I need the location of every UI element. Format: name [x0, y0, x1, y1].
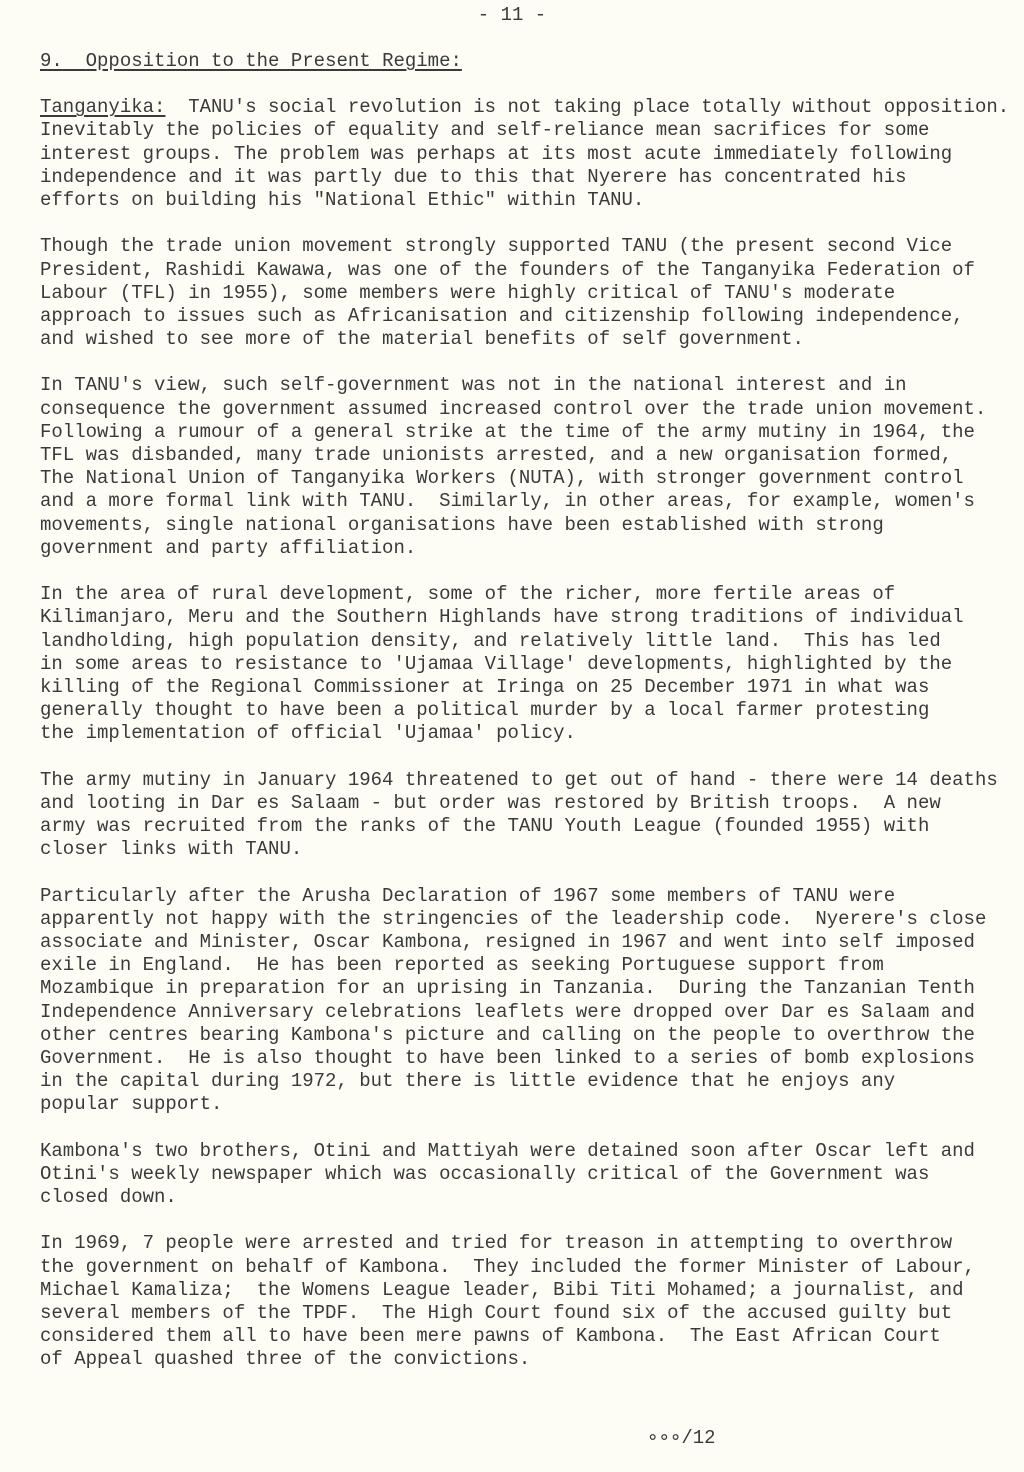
text-line: closed down. — [40, 1186, 1024, 1209]
text-line: several members of the TPDF. The High Co… — [40, 1302, 1024, 1325]
text-line: of Appeal quashed three of the convictio… — [40, 1348, 1024, 1371]
page-number: - 11 - — [0, 4, 1024, 27]
text-line: and wished to see more of the material b… — [40, 328, 1024, 351]
text-line: Inevitably the policies of equality and … — [40, 119, 1024, 142]
paragraph-label: Tanganyika: — [40, 96, 165, 118]
text-line: and a more formal link with TANU. Simila… — [40, 490, 1024, 513]
text-line: killing of the Regional Commissioner at … — [40, 676, 1024, 699]
text-line: army was recruited from the ranks of the… — [40, 815, 1024, 838]
text-line: Michael Kamaliza; the Womens League lead… — [40, 1279, 1024, 1302]
text-line: generally thought to have been a politic… — [40, 699, 1024, 722]
text-line: Though the trade union movement strongly… — [40, 235, 1024, 258]
paragraph: Particularly after the Arusha Declaratio… — [40, 885, 1024, 1117]
text-line: associate and Minister, Oscar Kambona, r… — [40, 931, 1024, 954]
text-line: closer links with TANU. — [40, 838, 1024, 861]
text-line-rest: TANU's social revolution is not taking p… — [165, 96, 1009, 118]
document-body: 9. Opposition to the Present Regime: Tan… — [40, 50, 1024, 1395]
continuation-marker: ∘∘∘/12 — [647, 1427, 716, 1450]
text-line: consequence the government assumed incre… — [40, 398, 1024, 421]
paragraph-list: Tanganyika: TANU's social revolution is … — [40, 96, 1024, 1371]
text-line: Kambona's two brothers, Otini and Mattiy… — [40, 1140, 1024, 1163]
text-line: in the capital during 1972, but there is… — [40, 1070, 1024, 1093]
text-line: The National Union of Tanganyika Workers… — [40, 467, 1024, 490]
text-line: Following a rumour of a general strike a… — [40, 421, 1024, 444]
paragraph: Kambona's two brothers, Otini and Mattiy… — [40, 1140, 1024, 1210]
text-line: President, Rashidi Kawawa, was one of th… — [40, 259, 1024, 282]
text-line: Kilimanjaro, Meru and the Southern Highl… — [40, 606, 1024, 629]
text-line: In the area of rural development, some o… — [40, 583, 1024, 606]
text-line: independence and it was partly due to th… — [40, 166, 1024, 189]
section-heading: 9. Opposition to the Present Regime: — [40, 50, 1024, 73]
text-line: approach to issues such as Africanisatio… — [40, 305, 1024, 328]
text-line: other centres bearing Kambona's picture … — [40, 1024, 1024, 1047]
paragraph: The army mutiny in January 1964 threaten… — [40, 769, 1024, 862]
text-line: the implementation of official 'Ujamaa' … — [40, 722, 1024, 745]
text-line: In TANU's view, such self-government was… — [40, 374, 1024, 397]
text-line: government and party affiliation. — [40, 537, 1024, 560]
text-line: landholding, high population density, an… — [40, 630, 1024, 653]
paragraph: In 1969, 7 people were arrested and trie… — [40, 1232, 1024, 1371]
text-line: apparently not happy with the stringenci… — [40, 908, 1024, 931]
text-line: TFL was disbanded, many trade unionists … — [40, 444, 1024, 467]
text-line: popular support. — [40, 1093, 1024, 1116]
paragraph: Tanganyika: TANU's social revolution is … — [40, 96, 1024, 212]
text-line: efforts on building his "National Ethic"… — [40, 189, 1024, 212]
paragraph: Though the trade union movement strongly… — [40, 235, 1024, 351]
section-number: 9. — [40, 50, 63, 72]
text-line: considered them all to have been mere pa… — [40, 1325, 1024, 1348]
text-line: exile in England. He has been reported a… — [40, 954, 1024, 977]
text-line: Mozambique in preparation for an uprisin… — [40, 977, 1024, 1000]
paragraph: In TANU's view, such self-government was… — [40, 374, 1024, 560]
text-line: Labour (TFL) in 1955), some members were… — [40, 282, 1024, 305]
text-line: interest groups. The problem was perhaps… — [40, 143, 1024, 166]
section-title: Opposition to the Present Regime: — [86, 50, 462, 72]
text-line: movements, single national organisations… — [40, 514, 1024, 537]
text-line: in some areas to resistance to 'Ujamaa V… — [40, 653, 1024, 676]
text-line: The army mutiny in January 1964 threaten… — [40, 769, 1024, 792]
text-line: Independence Anniversary celebrations le… — [40, 1001, 1024, 1024]
text-line: Government. He is also thought to have b… — [40, 1047, 1024, 1070]
text-line: Particularly after the Arusha Declaratio… — [40, 885, 1024, 908]
text-line: Otini's weekly newspaper which was occas… — [40, 1163, 1024, 1186]
paragraph: In the area of rural development, some o… — [40, 583, 1024, 745]
text-line: the government on behalf of Kambona. The… — [40, 1256, 1024, 1279]
text-line: In 1969, 7 people were arrested and trie… — [40, 1232, 1024, 1255]
text-line: Tanganyika: TANU's social revolution is … — [40, 96, 1024, 119]
text-line: and looting in Dar es Salaam - but order… — [40, 792, 1024, 815]
